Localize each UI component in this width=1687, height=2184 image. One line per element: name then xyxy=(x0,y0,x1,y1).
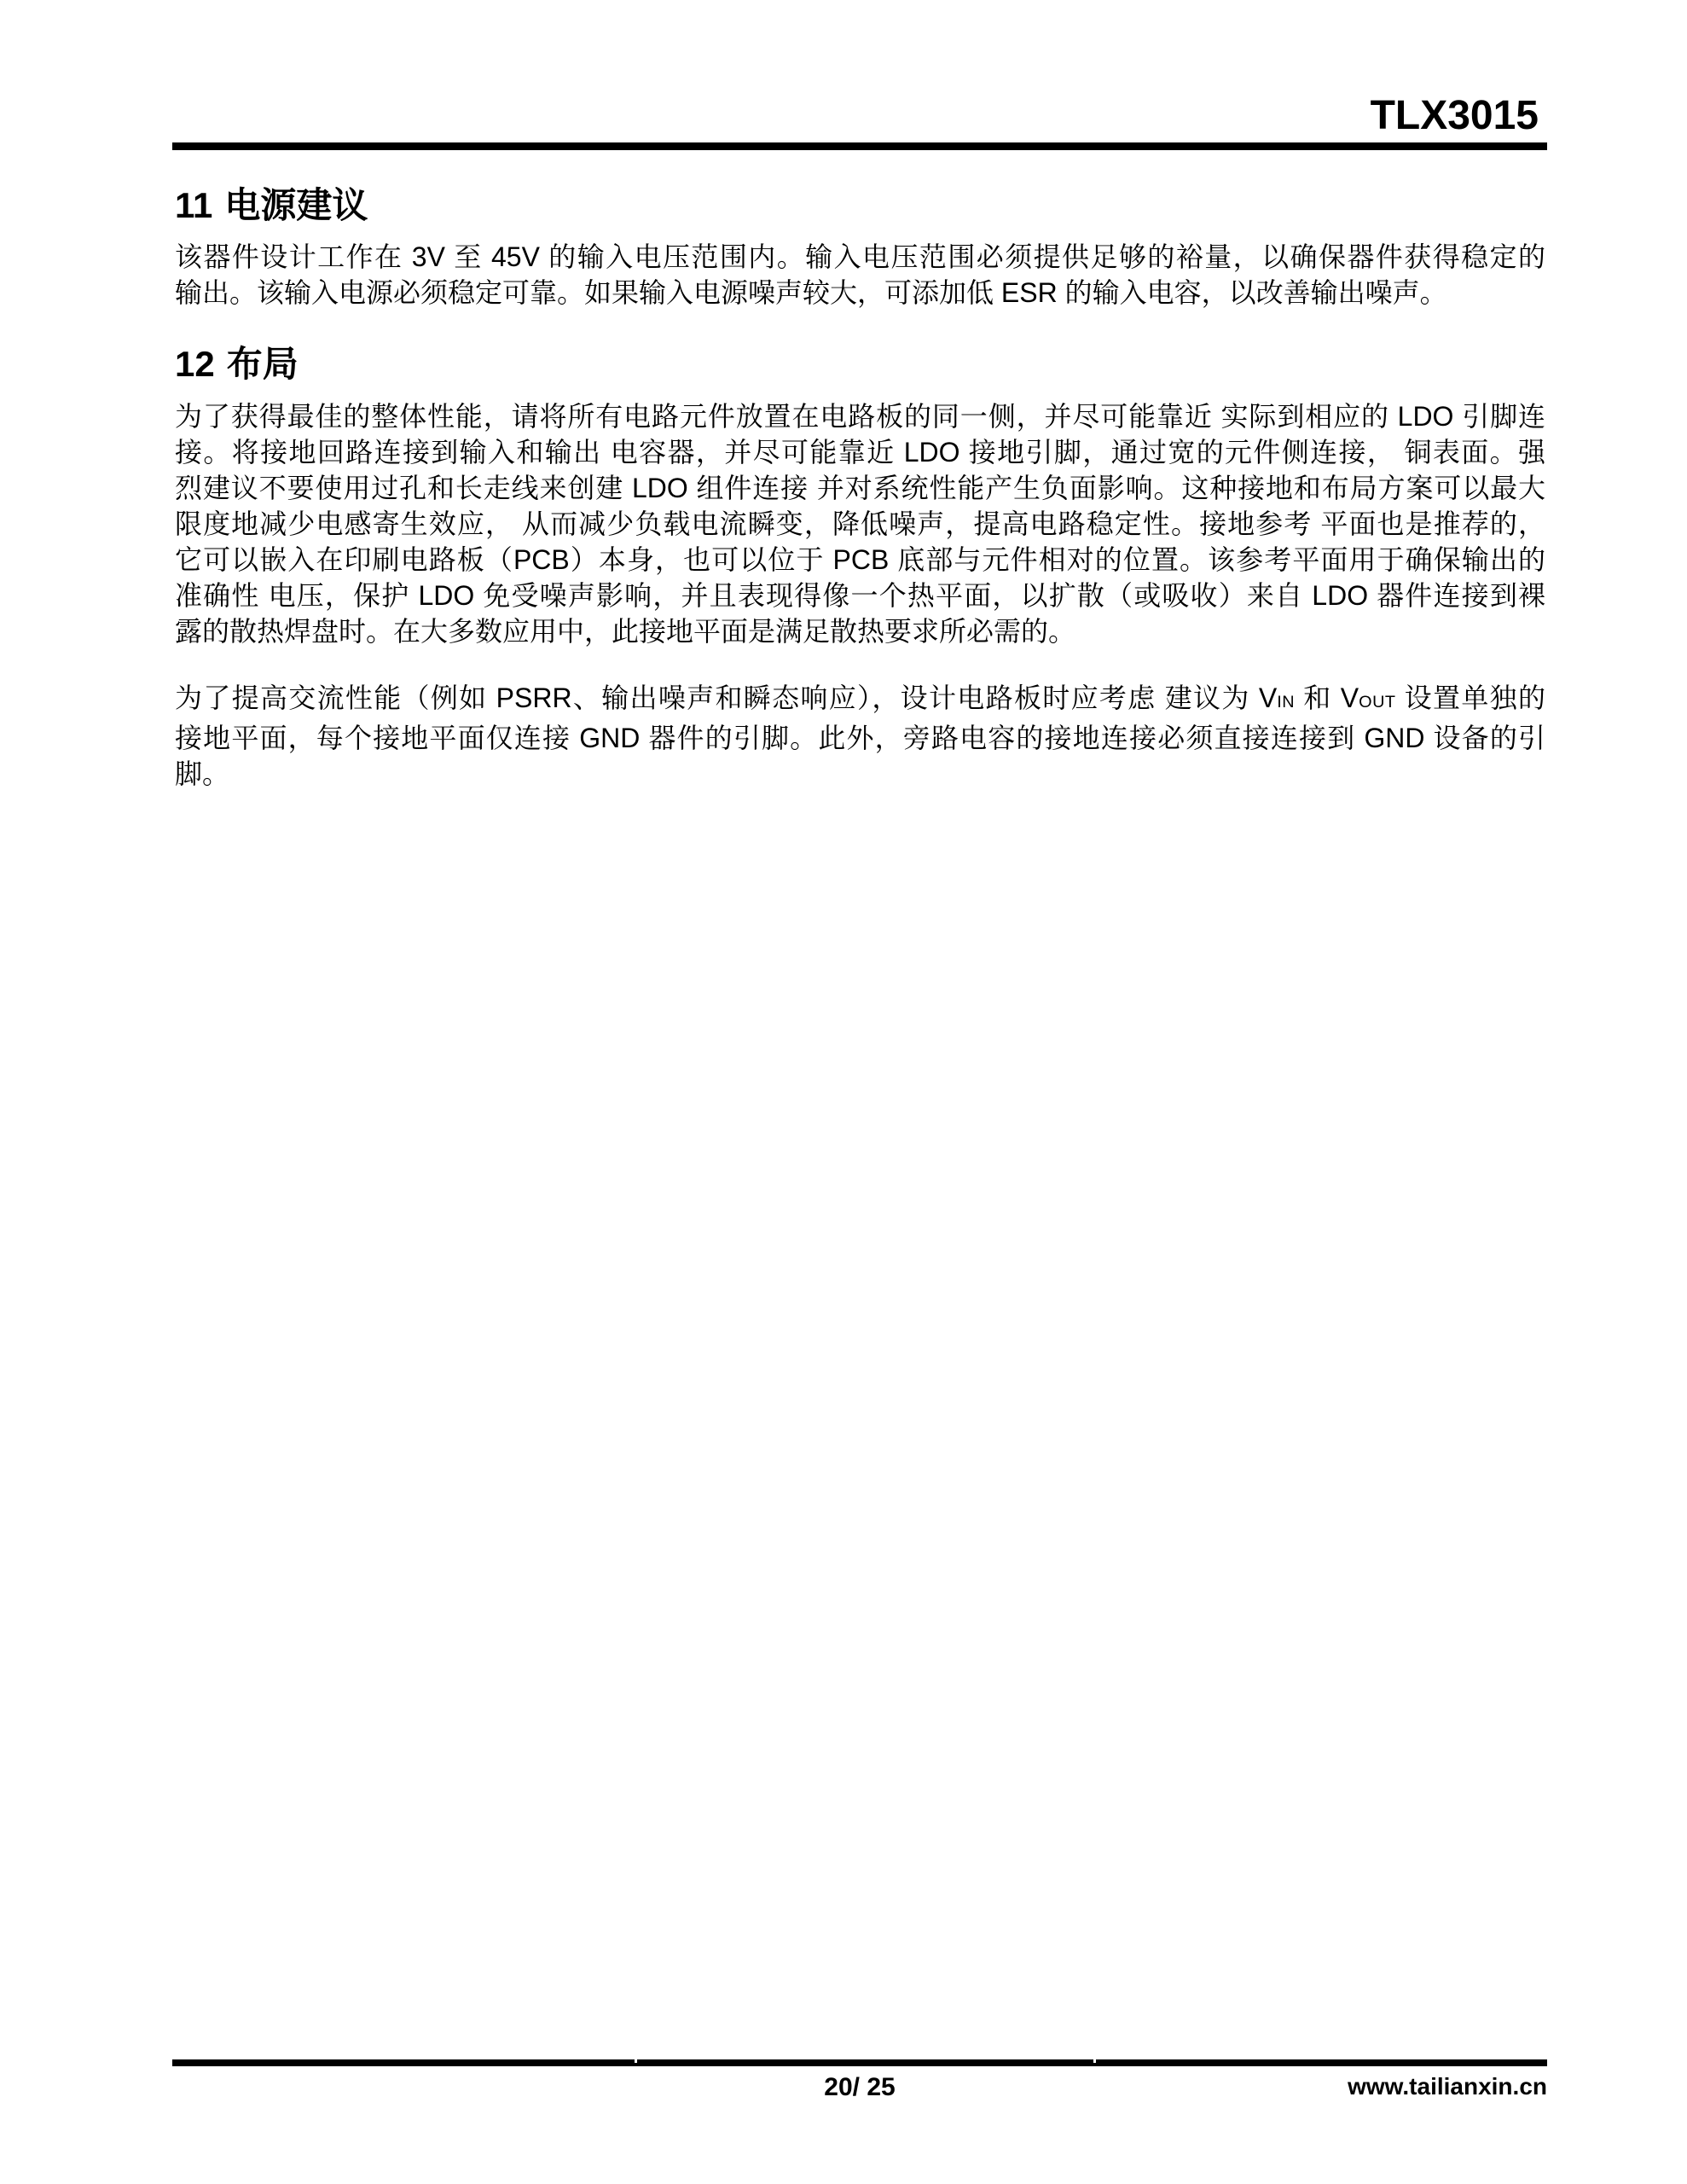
section-power-supply-recommendations: 11电源建议 该器件设计工作在 3V 至 45V 的输入电压范围内。输入电压范围… xyxy=(175,184,1545,311)
text-line: 为了获得最佳的整体性能，请将所有电路元件放置在电路板的同一侧，并尽可能靠近 实际… xyxy=(175,398,1545,434)
text-line: 接地平面，每个接地平面仅连接 GND 器件的引脚。此外，旁路电容的接地连接必须直… xyxy=(175,720,1545,756)
section-12-number: 12 xyxy=(175,344,215,384)
rule-notch xyxy=(1093,2059,1096,2063)
text-line: 露的散热焊盘时。在大多数应用中，此接地平面是满足散热要求所必需的。 xyxy=(175,613,1545,649)
text-line: 准确性 电压，保护 LDO 免受噪声影响，并且表现得像一个热平面，以扩散（或吸收… xyxy=(175,578,1545,613)
page-footer: 20/ 25 www.tailianxin.cn xyxy=(172,2059,1547,2104)
rule-notch xyxy=(635,2059,637,2063)
text-line: 输出。该输入电源必须稳定可靠。如果输入电源噪声较大，可添加低 ESR 的输入电容… xyxy=(175,275,1545,311)
text-line: 该器件设计工作在 3V 至 45V 的输入电压范围内。输入电压范围必须提供足够的… xyxy=(175,239,1545,275)
section-12-title: 布局 xyxy=(227,344,299,384)
section-12-paragraph-2: 为了提高交流性能（例如 PSRR、输出噪声和瞬态响应），设计电路板时应考虑 建议… xyxy=(175,680,1545,792)
voltage-subscript: IN xyxy=(1277,693,1295,712)
text-line: 烈建议不要使用过孔和长走线来创建 LDO 组件连接 并对系统性能产生负面影响。这… xyxy=(175,470,1545,506)
section-12-heading: 12布局 xyxy=(175,343,1545,386)
voltage-subscript: OUT xyxy=(1359,693,1395,712)
footer-row: 20/ 25 www.tailianxin.cn xyxy=(172,2073,1547,2104)
text-line: 为了提高交流性能（例如 PSRR、输出噪声和瞬态响应），设计电路板时应考虑 建议… xyxy=(175,680,1545,720)
section-11-paragraph-1: 该器件设计工作在 3V 至 45V 的输入电压范围内。输入电压范围必须提供足够的… xyxy=(175,239,1545,311)
page-header: TLX3015 xyxy=(172,0,1547,150)
text-line: 它可以嵌入在印刷电路板（PCB）本身，也可以位于 PCB 底部与元件相对的位置。… xyxy=(175,542,1545,578)
section-11-heading: 11电源建议 xyxy=(175,184,1545,227)
text-line: 脚。 xyxy=(175,756,1545,792)
footer-rule xyxy=(172,2059,1547,2066)
datasheet-page: TLX3015 11电源建议 该器件设计工作在 3V 至 45V 的输入电压范围… xyxy=(0,0,1687,2184)
section-11-title: 电源建议 xyxy=(224,185,368,225)
header-rule xyxy=(172,142,1547,150)
section-layout: 12布局 为了获得最佳的整体性能，请将所有电路元件放置在电路板的同一侧，并尽可能… xyxy=(175,343,1545,791)
page-content: 11电源建议 该器件设计工作在 3V 至 45V 的输入电压范围内。输入电压范围… xyxy=(175,152,1545,792)
page-number: 20/ 25 xyxy=(824,2073,895,2102)
part-number-title: TLX3015 xyxy=(172,96,1547,136)
website-link[interactable]: www.tailianxin.cn xyxy=(1348,2073,1547,2100)
text-line: 限度地减少电感寄生效应， 从而减少负载电流瞬变，降低噪声，提高电路稳定性。接地参… xyxy=(175,506,1545,542)
section-12-paragraph-1: 为了获得最佳的整体性能，请将所有电路元件放置在电路板的同一侧，并尽可能靠近 实际… xyxy=(175,398,1545,649)
text-line: 接。将接地回路连接到输入和输出 电容器，并尽可能靠近 LDO 接地引脚，通过宽的… xyxy=(175,434,1545,470)
section-11-number: 11 xyxy=(175,185,212,225)
